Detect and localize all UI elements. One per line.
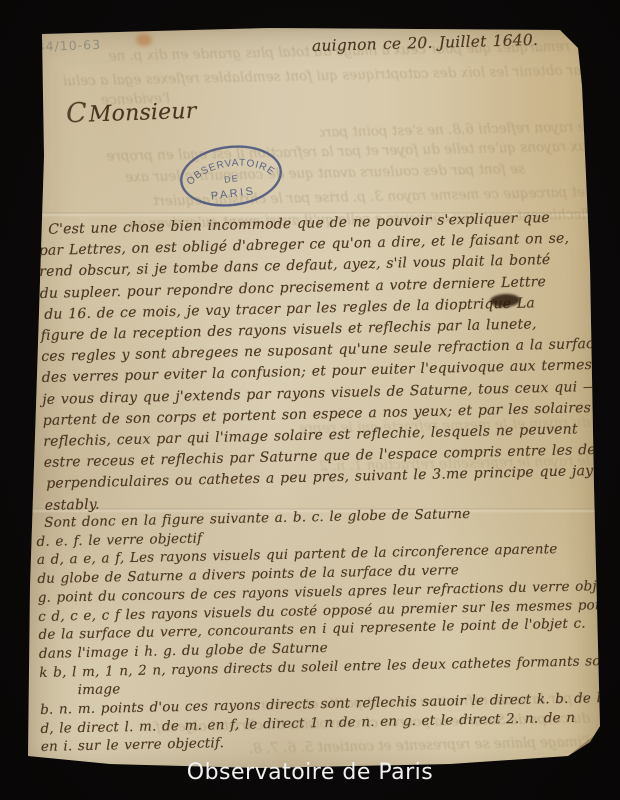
archive-shelfmark: B4/10-63 bbox=[36, 37, 102, 54]
salutation-word: Monsieur bbox=[89, 99, 197, 128]
bleedthrough-line: par obtenir les loix des catoptriques qu… bbox=[60, 62, 590, 89]
stamp-de-text: DE bbox=[224, 173, 240, 185]
salutation: CMonsieur bbox=[65, 94, 196, 130]
manuscript-page: remarquez que pour ceux a image du total… bbox=[20, 26, 608, 778]
salutation-flourish: C bbox=[65, 98, 87, 130]
observatory-stamp: OBSERVATOIRE DE PARIS bbox=[172, 134, 290, 219]
stamp-paris-text: PARIS bbox=[210, 185, 256, 202]
caption: Observatoire de Paris bbox=[0, 760, 620, 785]
letter-body: C'est une chose bien incommode que de ne… bbox=[38, 207, 603, 517]
bleedthrough-line: se font par des couleurs avant que de co… bbox=[65, 161, 525, 187]
bleedthrough-line: le rayon reflechi 6.8. ne s'est point pa… bbox=[320, 119, 590, 141]
figure-legend: Sont donc en la figure suivante a. b. c.… bbox=[36, 502, 609, 757]
rust-stain bbox=[136, 34, 152, 46]
